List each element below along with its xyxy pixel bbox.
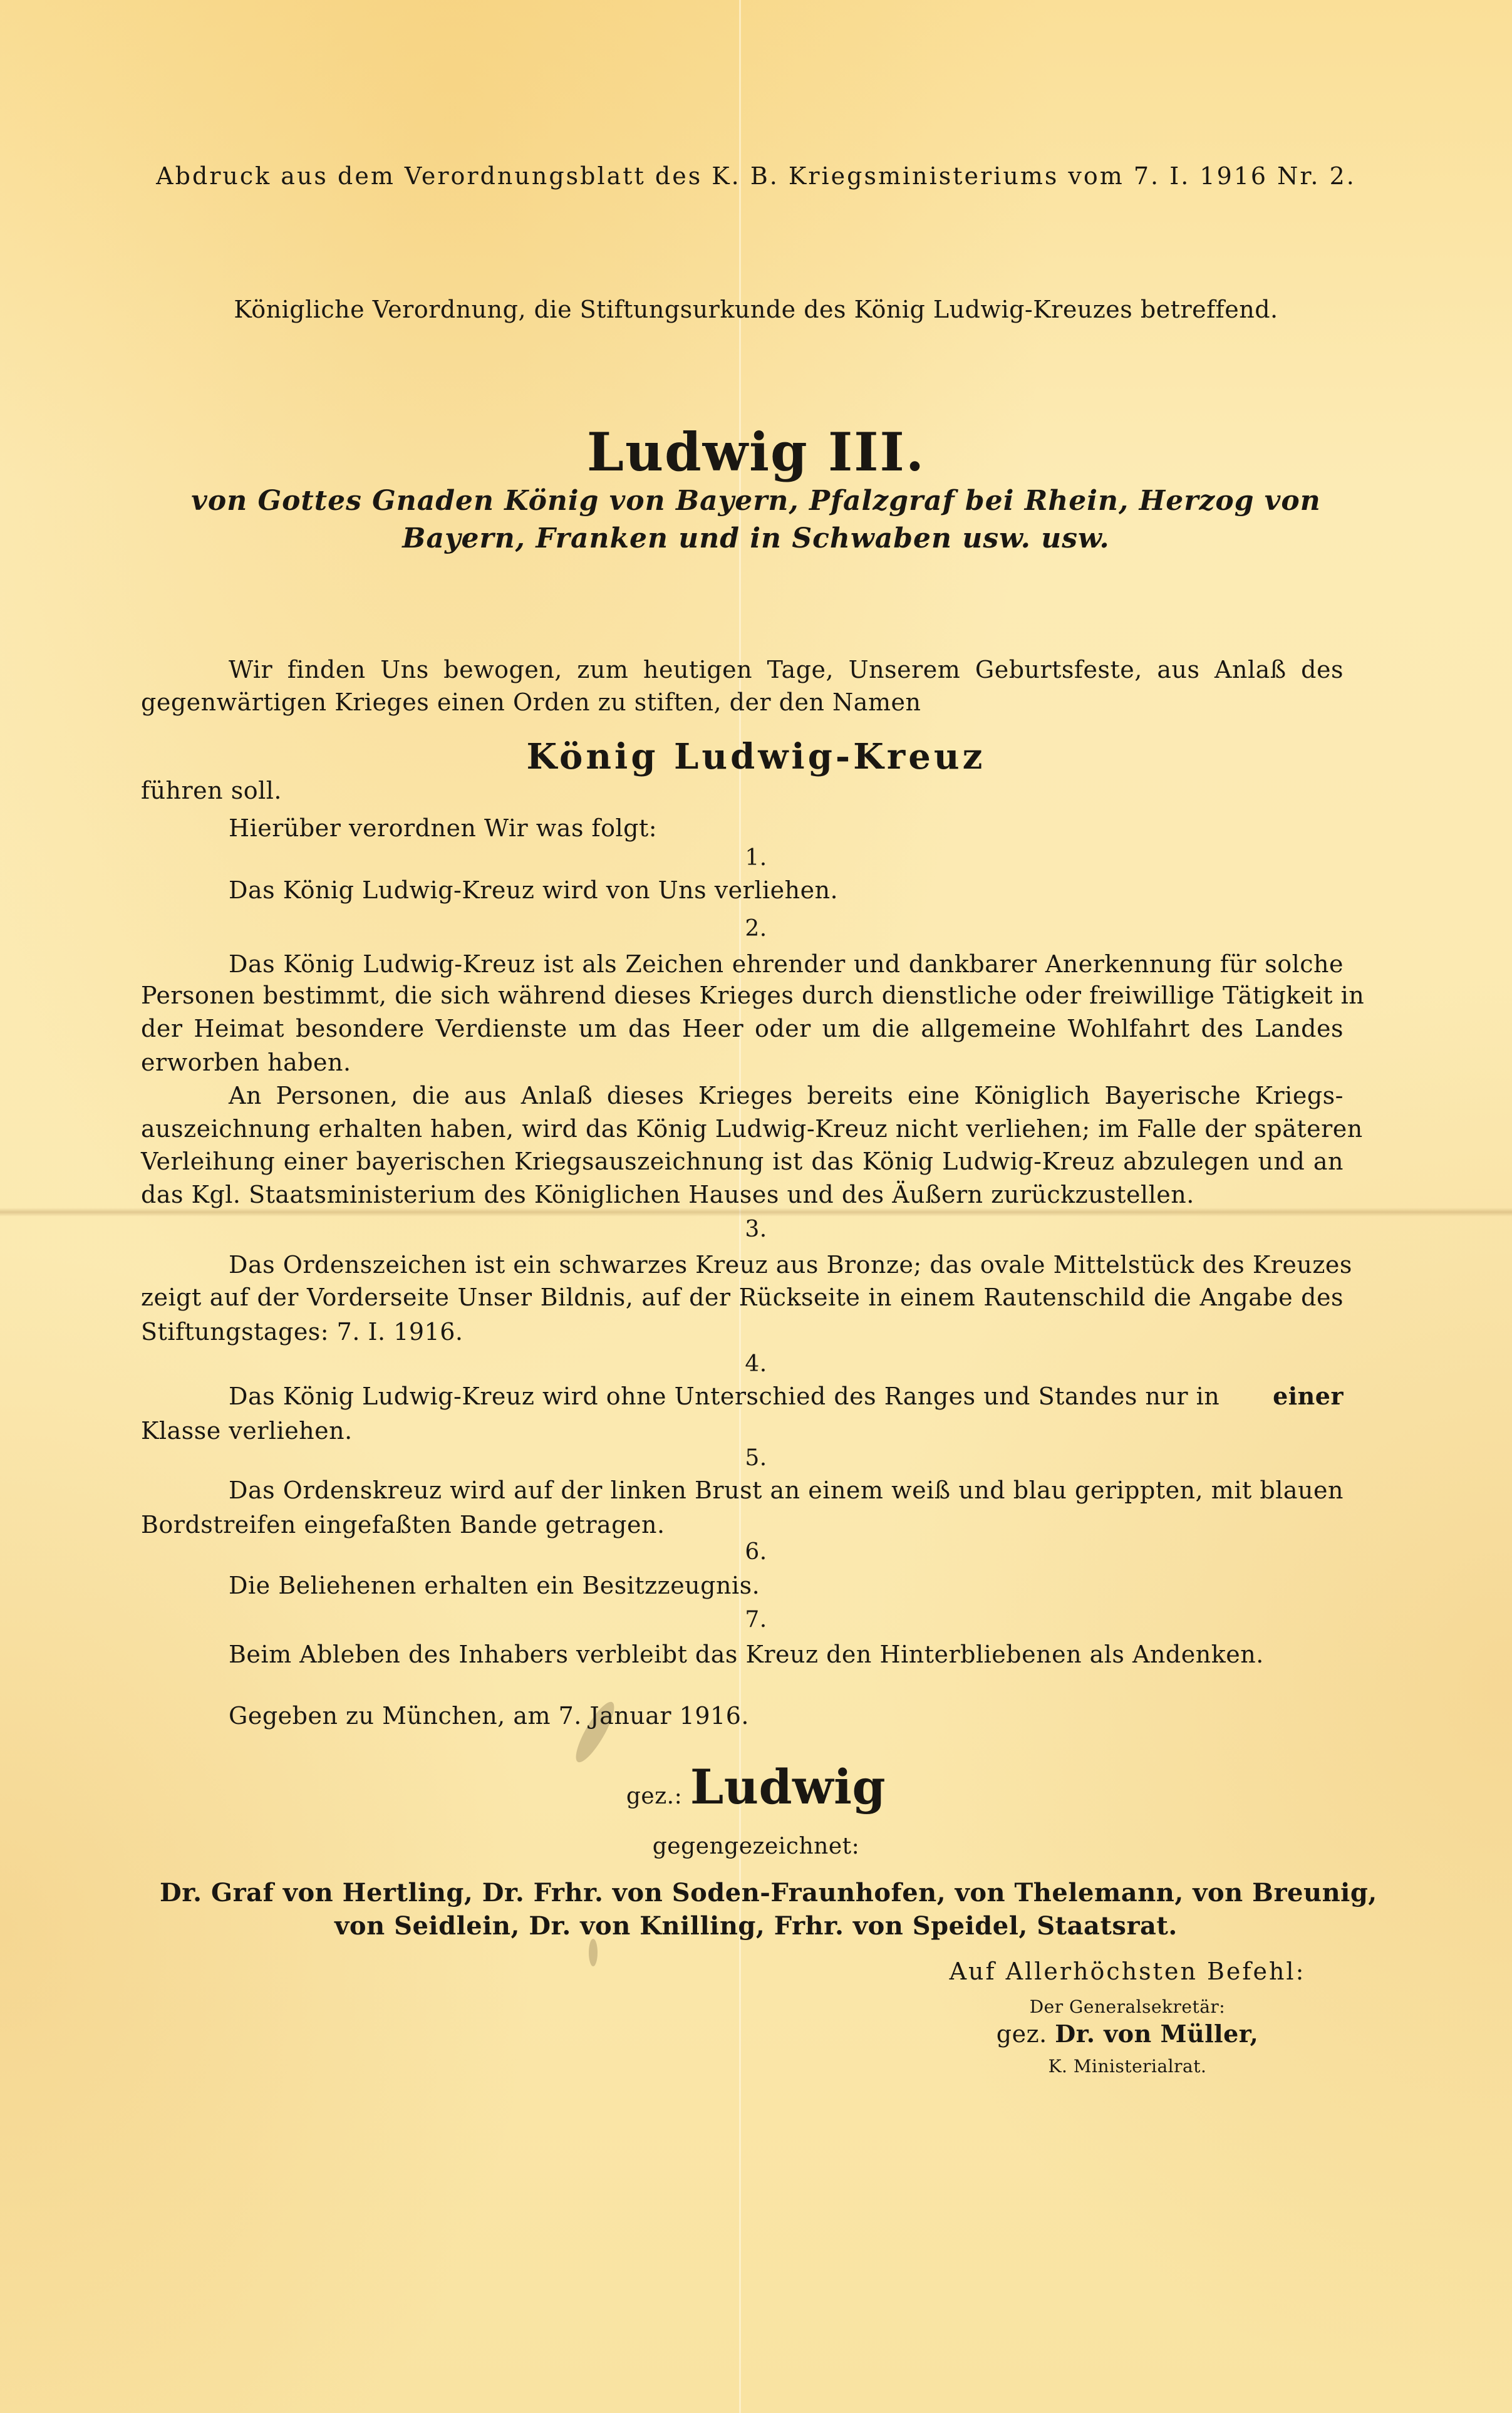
signed-prefix: gez.: — [626, 1783, 682, 1809]
command-line: Auf Allerhöchsten Befehl: — [877, 1959, 1378, 1983]
verordnung-title: Königliche Verordnung, die Stiftungsurku… — [0, 298, 1512, 321]
ink-smudge — [589, 1939, 598, 1966]
article-number: 2. — [0, 918, 1512, 940]
sovereign-titles-line-1: von Gottes Gnaden König von Bayern, Pfal… — [0, 487, 1512, 515]
office-title: Der Generalsekretär: — [877, 1998, 1378, 2016]
article-7-line: Beim Ableben des Inhabers verbleibt das … — [229, 1642, 1264, 1666]
article-6-line: Die Beliehenen erhalten ein Besitzzeugni… — [229, 1574, 760, 1597]
secretary-signed-prefix: gez. — [997, 2020, 1047, 2048]
article-number: 6. — [0, 1541, 1512, 1564]
article-2-line: Verleihung einer bayerischen Kriegsausze… — [141, 1149, 1344, 1173]
preamble-line-3: führen soll. — [141, 779, 282, 802]
secretary-signature: gez. Dr. von Müller, — [877, 2022, 1378, 2046]
article-number: 3. — [0, 1218, 1512, 1241]
countersigners-line-1: Dr. Graf von Hertling, Dr. Frhr. von Sod… — [160, 1881, 1340, 1906]
article-2-line: Das König Ludwig-Kreuz ist als Zeichen e… — [229, 952, 1344, 976]
article-2-line: auszeichnung erhalten haben, wird das Kö… — [141, 1117, 1344, 1141]
article-4-emphasis: einer — [1273, 1384, 1344, 1408]
article-2-line: Personen bestimmt, die sich während dies… — [141, 983, 1344, 1007]
royal-signature: Ludwig — [690, 1759, 886, 1815]
article-2-line: das Kgl. Staatsministerium des Königlich… — [141, 1183, 1194, 1206]
secretary-rank: K. Ministerialrat. — [877, 2058, 1378, 2075]
article-number: 1. — [0, 847, 1512, 869]
article-2-line: An Personen, die aus Anlaß dieses Kriege… — [229, 1084, 1344, 1108]
sovereign-titles-line-2: Bayern, Franken und in Schwaben usw. usw… — [0, 525, 1512, 553]
article-number: 5. — [0, 1447, 1512, 1470]
preamble-line-4: Hierüber verordnen Wir was folgt: — [229, 816, 657, 840]
secretary-name: Dr. von Müller, — [1055, 2020, 1258, 2048]
royal-signature-block: gez.: Ludwig — [0, 1763, 1512, 1811]
article-2-line: der Heimat besondere Verdienste um das H… — [141, 1017, 1344, 1040]
preamble-line-1: Wir finden Uns bewogen, zum heutigen Tag… — [229, 658, 1344, 682]
order-name: König Ludwig-Kreuz — [0, 739, 1512, 774]
article-3-line: zeigt auf der Vorderseite Unser Bildnis,… — [141, 1285, 1344, 1309]
article-4-text: Das König Ludwig-Kreuz wird ohne Untersc… — [229, 1384, 1219, 1408]
countersigned-label: gegengezeichnet: — [0, 1835, 1512, 1858]
countersigners-line-2: von Seidlein, Dr. von Knilling, Frhr. vo… — [0, 1914, 1512, 1939]
given-at: Gegeben zu München, am 7. Januar 1916. — [229, 1704, 749, 1728]
article-2-line: erworben haben. — [141, 1051, 351, 1074]
preamble-line-2: gegenwärtigen Krieges einen Orden zu sti… — [141, 690, 921, 714]
article-3-line: Stiftungstages: 7. I. 1916. — [141, 1320, 463, 1344]
horizontal-fold-crease — [0, 1208, 1512, 1217]
article-number: 4. — [0, 1353, 1512, 1376]
sovereign-name: Ludwig III. — [0, 426, 1512, 479]
article-4-line: Klasse verliehen. — [141, 1419, 353, 1443]
article-5-line: Das Ordenskreuz wird auf der linken Brus… — [229, 1478, 1344, 1502]
article-5-line: Bordstreifen eingefaßten Bande getragen. — [141, 1513, 665, 1537]
article-number: 7. — [0, 1609, 1512, 1631]
abdruck-header: Abdruck aus dem Verordnungsblatt des K. … — [0, 164, 1512, 188]
article-1-line: Das König Ludwig-Kreuz wird von Uns verl… — [229, 878, 838, 902]
article-4-line: Das König Ludwig-Kreuz wird ohne Untersc… — [229, 1384, 1344, 1408]
article-3-line: Das Ordenszeichen ist ein schwarzes Kreu… — [229, 1253, 1344, 1277]
